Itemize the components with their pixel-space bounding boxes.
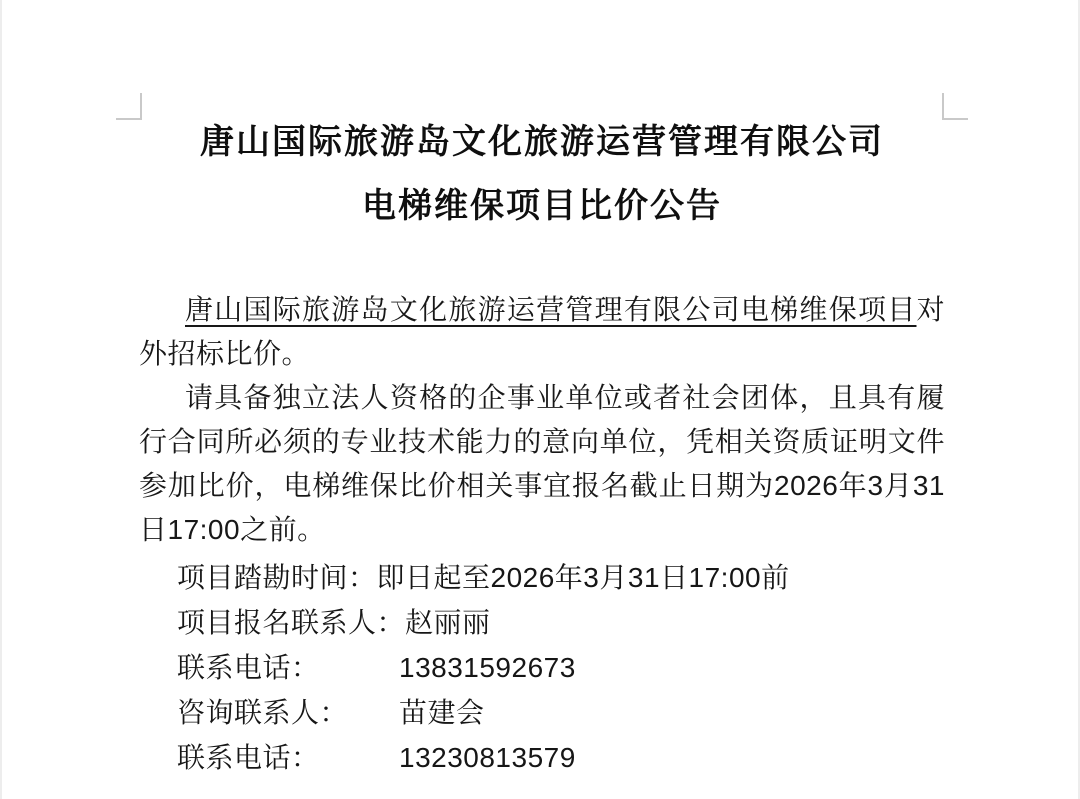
detail-line-signup-phone: 联系电话：13831592673 <box>139 645 945 690</box>
title-spacer <box>139 238 945 288</box>
paragraph-bid-announcement: 唐山国际旅游岛文化旅游运营管理有限公司电梯维保项目对外招标比价。 <box>139 288 945 376</box>
document-title: 唐山国际旅游岛文化旅游运营管理有限公司 电梯维保项目比价公告 <box>139 110 945 238</box>
detail-line-consult-phone: 联系电话：13230813579 <box>139 735 945 780</box>
consult-phone-label: 联系电话： <box>177 735 399 780</box>
signup-contact-value: 赵丽丽 <box>405 607 491 638</box>
signup-phone-label: 联系电话： <box>177 645 399 690</box>
document-page: 唐山国际旅游岛文化旅游运营管理有限公司 电梯维保项目比价公告 唐山国际旅游岛文化… <box>0 0 1080 799</box>
document-body: 唐山国际旅游岛文化旅游运营管理有限公司 电梯维保项目比价公告 唐山国际旅游岛文化… <box>139 0 945 780</box>
signup-phone-value: 13831592673 <box>399 652 576 683</box>
consult-phone-value: 13230813579 <box>399 742 576 773</box>
detail-line-signup-contact: 项目报名联系人：赵丽丽 <box>139 600 945 645</box>
consult-contact-label: 咨询联系人： <box>177 690 399 735</box>
signup-contact-label: 项目报名联系人： <box>177 600 405 645</box>
underlined-project-name: 唐山国际旅游岛文化旅游运营管理有限公司电梯维保项目 <box>185 294 916 325</box>
consult-contact-value: 苗建会 <box>399 697 485 728</box>
detail-line-survey-time: 项目踏勘时间：即日起至2026年3月31日17:00前 <box>139 555 945 600</box>
document-title-line2: 电梯维保项目比价公告 <box>139 174 945 238</box>
contact-details: 项目踏勘时间：即日起至2026年3月31日17:00前 项目报名联系人：赵丽丽 … <box>139 555 945 780</box>
detail-line-consult-contact: 咨询联系人：苗建会 <box>139 690 945 735</box>
survey-time-label: 项目踏勘时间： <box>177 555 377 600</box>
paragraph-qualification-requirements: 请具备独立法人资格的企事业单位或者社会团体，且具有履行合同所必须的专业技术能力的… <box>139 376 945 552</box>
text-boundary-mark-top-right <box>942 93 968 120</box>
survey-time-value: 即日起至2026年3月31日17:00前 <box>377 562 790 593</box>
document-title-line1: 唐山国际旅游岛文化旅游运营管理有限公司 <box>139 110 945 174</box>
